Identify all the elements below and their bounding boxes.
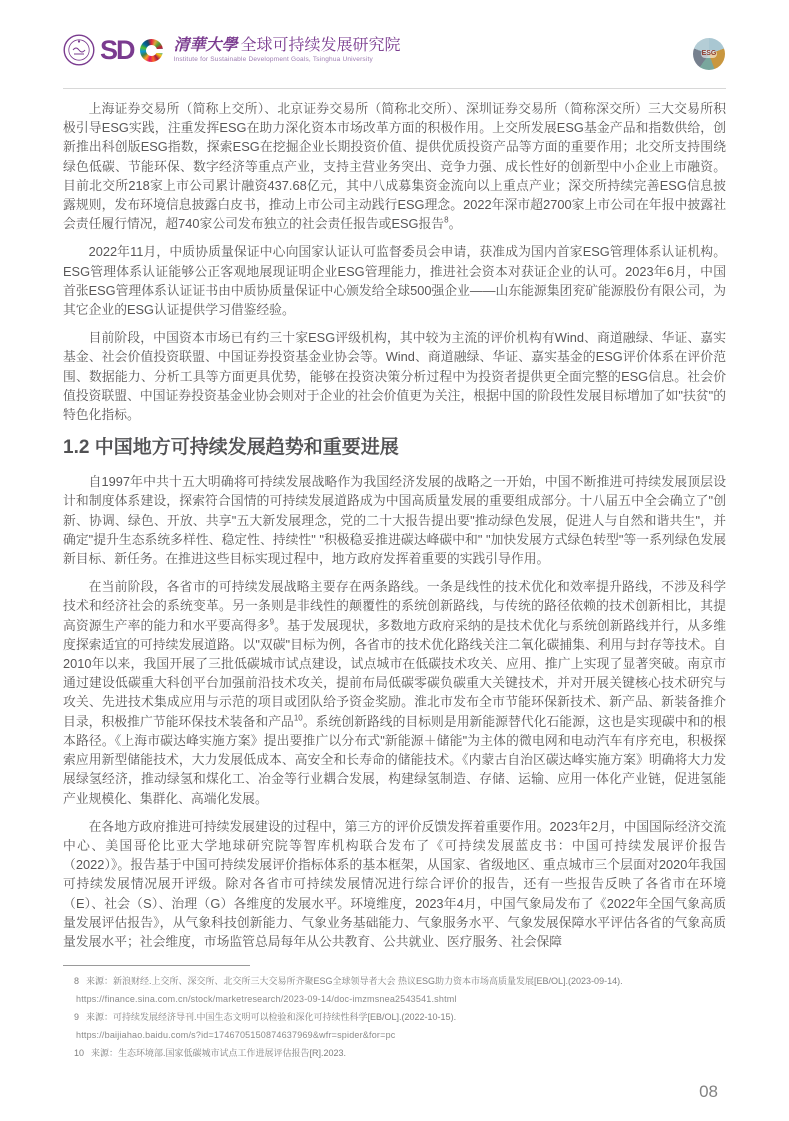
paragraph-text: 目前阶段，中国资本市场已有约三十家ESG评级机构，其中较为主流的评价机构有Win… xyxy=(63,330,726,422)
page-number: 08 xyxy=(699,1082,718,1102)
paragraph-text: 。 xyxy=(449,216,462,231)
header-divider xyxy=(63,88,726,89)
footnote-9: 9来源：可持续发展经济导刊.中国生态文明可以检验和深化可持续性科学[EB/OL]… xyxy=(63,1011,726,1023)
paragraph-text: 2022年11月，中质协质量保证中心向国家认证认可监督委员会申请，获准成为国内首… xyxy=(63,244,726,317)
footnote-number: 8 xyxy=(74,975,79,987)
esg-globe-icon: ESG xyxy=(693,38,725,70)
paragraph-text: 。基于发展现状，多数地方政府采纳的是技术优化与系统创新路线并行，从多维度探索适宜… xyxy=(63,618,726,729)
institute-logo: SD 清華大學全球可持续发展研究院 Institute for Sustaina… xyxy=(63,34,726,66)
footnote-separator xyxy=(63,965,250,966)
org-name-cn: 清華大學全球可持续发展研究院 xyxy=(174,37,401,55)
footnote-8: 8来源：新浪财经.上交所、深交所、北交所三大交易所齐聚ESG全球领导者大会 热议… xyxy=(63,975,726,987)
org-name-en: Institute for Sustainable Development Go… xyxy=(174,56,401,63)
org-name-calligraphy: 清華大學 xyxy=(174,37,238,54)
body-paragraph-2: 2022年11月，中质协质量保证中心向国家认证认可监督委员会申请，获准成为国内首… xyxy=(63,242,726,319)
esg-globe-label: ESG xyxy=(701,50,718,58)
page-header: SD 清華大學全球可持续发展研究院 Institute for Sustaina… xyxy=(63,34,726,84)
sdg-wordmark: SD xyxy=(100,37,134,64)
body-paragraph-3: 目前阶段，中国资本市场已有约三十家ESG评级机构，其中较为主流的评价机构有Win… xyxy=(63,328,726,424)
paragraph-text: 在各地方政府推进可持续发展建设的过程中，第三方的评价反馈发挥着重要作用。2023… xyxy=(63,819,726,949)
paragraph-text: 上海证券交易所（简称上交所）、北京证券交易所（简称北交所）、深圳证券交易所（简称… xyxy=(63,101,726,231)
org-name-rest: 全球可持续发展研究院 xyxy=(241,37,401,54)
section-heading: 1.2 中国地方可持续发展趋势和重要进展 xyxy=(63,437,726,459)
body-paragraph-5: 在当前阶段，各省市的可持续发展战略主要存在两条路线。一条是线性的技术优化和效率提… xyxy=(63,577,726,807)
footnote-number: 9 xyxy=(74,1011,79,1023)
body-paragraph-4: 自1997年中共十五大明确将可持续发展战略作为我国经济发展的战略之一开始，中国不… xyxy=(63,472,726,568)
body-content: 上海证券交易所（简称上交所）、北京证券交易所（简称北交所）、深圳证券交易所（简称… xyxy=(63,99,726,960)
org-name-block: 清華大學全球可持续发展研究院 Institute for Sustainable… xyxy=(174,37,401,64)
footnote-text: 来源：新浪财经.上交所、深交所、北交所三大交易所齐聚ESG全球领导者大会 热议E… xyxy=(86,976,623,986)
footnote-text: 来源：可持续发展经济导刊.中国生态文明可以检验和深化可持续性科学[EB/OL].… xyxy=(86,1012,456,1022)
footnote-text: 来源：生态环境部.国家低碳城市试点工作进展评估报告[R].2023. xyxy=(91,1048,346,1058)
footnote-10: 10来源：生态环境部.国家低碳城市试点工作进展评估报告[R].2023. xyxy=(63,1047,726,1059)
document-page: SD 清華大學全球可持续发展研究院 Institute for Sustaina… xyxy=(0,0,789,1121)
paragraph-text: 自1997年中共十五大明确将可持续发展战略作为我国经济发展的战略之一开始，中国不… xyxy=(63,474,726,566)
body-paragraph-6: 在各地方政府推进可持续发展建设的过程中，第三方的评价反馈发挥着重要作用。2023… xyxy=(63,817,726,951)
footnote-9-url: https://baijiahao.baidu.com/s?id=1746705… xyxy=(63,1029,726,1041)
sdg-wheel-icon xyxy=(140,39,163,62)
footnotes-section: 8来源：新浪财经.上交所、深交所、北交所三大交易所齐聚ESG全球领导者大会 热议… xyxy=(63,960,726,1065)
footnote-8-url: https://finance.sina.com.cn/stock/market… xyxy=(63,993,726,1005)
body-paragraph-1: 上海证券交易所（简称上交所）、北京证券交易所（简称北交所）、深圳证券交易所（简称… xyxy=(63,99,726,233)
footnote-number: 10 xyxy=(74,1047,84,1059)
tsinghua-seal-icon xyxy=(63,34,95,66)
footnote-ref-10: 10 xyxy=(294,713,303,722)
